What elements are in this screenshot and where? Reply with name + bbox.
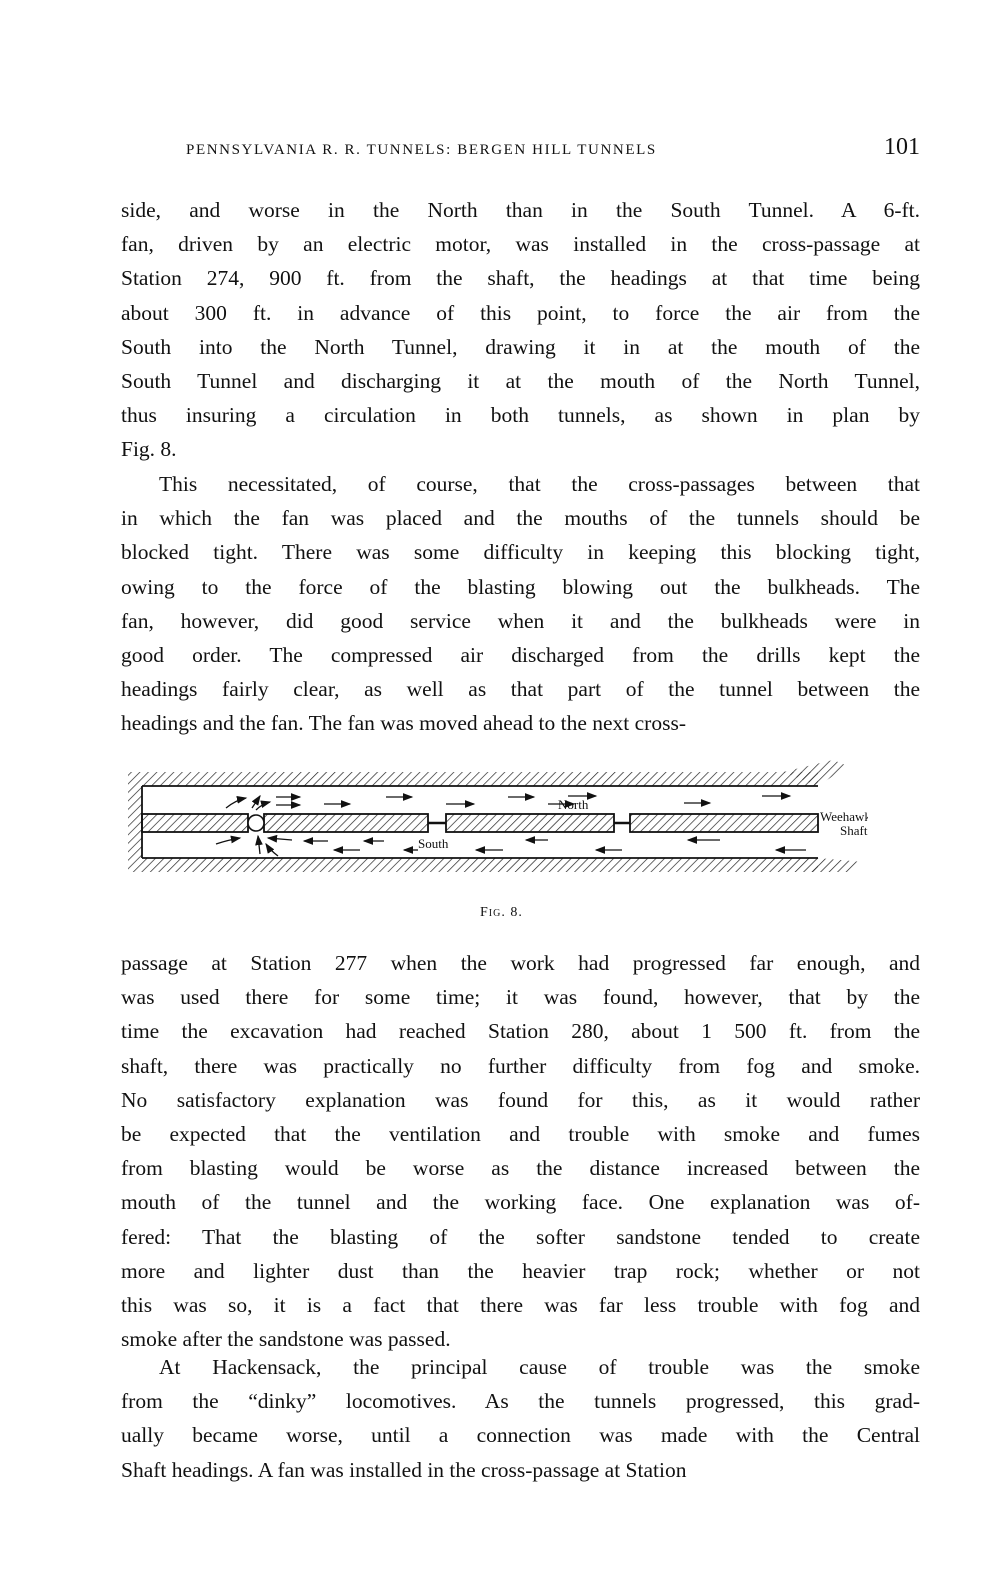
text-line: South Tunnel and discharging it at the m…: [121, 364, 920, 398]
paragraph-3: passage at Station 277 when the work had…: [121, 946, 920, 1356]
running-head-title: PENNSYLVANIA R. R. TUNNELS: BERGEN HILL …: [186, 142, 657, 159]
text-line: shaft, there was practically no further …: [121, 1049, 920, 1083]
text-line: more and lighter dust than the heavier t…: [121, 1254, 920, 1288]
shaft-label-line2: Shaft: [840, 823, 868, 838]
central-pillars: [142, 814, 818, 832]
fan-icon: [248, 815, 264, 831]
text-line: Station 274, 900 ft. from the shaft, the…: [121, 261, 920, 295]
text-line: South into the North Tunnel, drawing it …: [121, 330, 920, 364]
north-airflow-arrows: [226, 796, 790, 810]
text-line: this was so, it is a fact that there was…: [121, 1288, 920, 1322]
text-line: headings fairly clear, as well as that p…: [121, 672, 920, 706]
running-header: PENNSYLVANIA R. R. TUNNELS: BERGEN HILL …: [186, 134, 920, 170]
text-line: time the excavation had reached Station …: [121, 1014, 920, 1048]
text-line: good order. The compressed air discharge…: [121, 638, 920, 672]
text-line: headings and the fan. The fan was moved …: [121, 706, 920, 740]
page-number: 101: [884, 134, 920, 161]
text-line: owing to the force of the blasting blowi…: [121, 570, 920, 604]
text-line: passage at Station 277 when the work had…: [121, 946, 920, 980]
text-line: ually became worse, until a connection w…: [121, 1418, 920, 1452]
south-tunnel-label: South: [418, 836, 449, 851]
figure-caption: Fig. 8.: [480, 905, 523, 921]
text-line: fered: That the blasting of the softer s…: [121, 1220, 920, 1254]
text-line: be expected that the ventilation and tro…: [121, 1117, 920, 1151]
text-line: thus insuring a circulation in both tunn…: [121, 398, 920, 432]
text-line: was used there for some time; it was fou…: [121, 980, 920, 1014]
text-line: Shaft headings. A fan was installed in t…: [121, 1453, 920, 1487]
paragraph-1: side, and worse in the North than in the…: [121, 193, 920, 467]
text-line: Fig. 8.: [121, 432, 920, 466]
text-line: in which the fan was placed and the mout…: [121, 501, 920, 535]
text-line: At Hackensack, the principal cause of tr…: [121, 1350, 920, 1384]
north-tunnel-label: North: [558, 797, 589, 812]
text-line: fan, driven by an electric motor, was in…: [121, 227, 920, 261]
shaft-label-line1: Weehawken: [820, 809, 868, 824]
text-line: This necessitated, of course, that the c…: [121, 467, 920, 501]
text-line: fan, however, did good service when it a…: [121, 604, 920, 638]
text-line: about 300 ft. in advance of this point, …: [121, 296, 920, 330]
figure-8-tunnel-plan: North South Weehawken Shaft: [128, 758, 868, 888]
text-line: from the “dinky” locomotives. As the tun…: [121, 1384, 920, 1418]
text-line: blocked tight. There was some difficulty…: [121, 535, 920, 569]
text-line: from blasting would be worse as the dist…: [121, 1151, 920, 1185]
south-airflow-arrows: [216, 836, 806, 856]
text-line: side, and worse in the North than in the…: [121, 193, 920, 227]
paragraph-2: This necessitated, of course, that the c…: [121, 467, 920, 741]
paragraph-4: At Hackensack, the principal cause of tr…: [121, 1350, 920, 1487]
text-line: mouth of the tunnel and the working face…: [121, 1185, 920, 1219]
text-line: No satisfactory explanation was found fo…: [121, 1083, 920, 1117]
